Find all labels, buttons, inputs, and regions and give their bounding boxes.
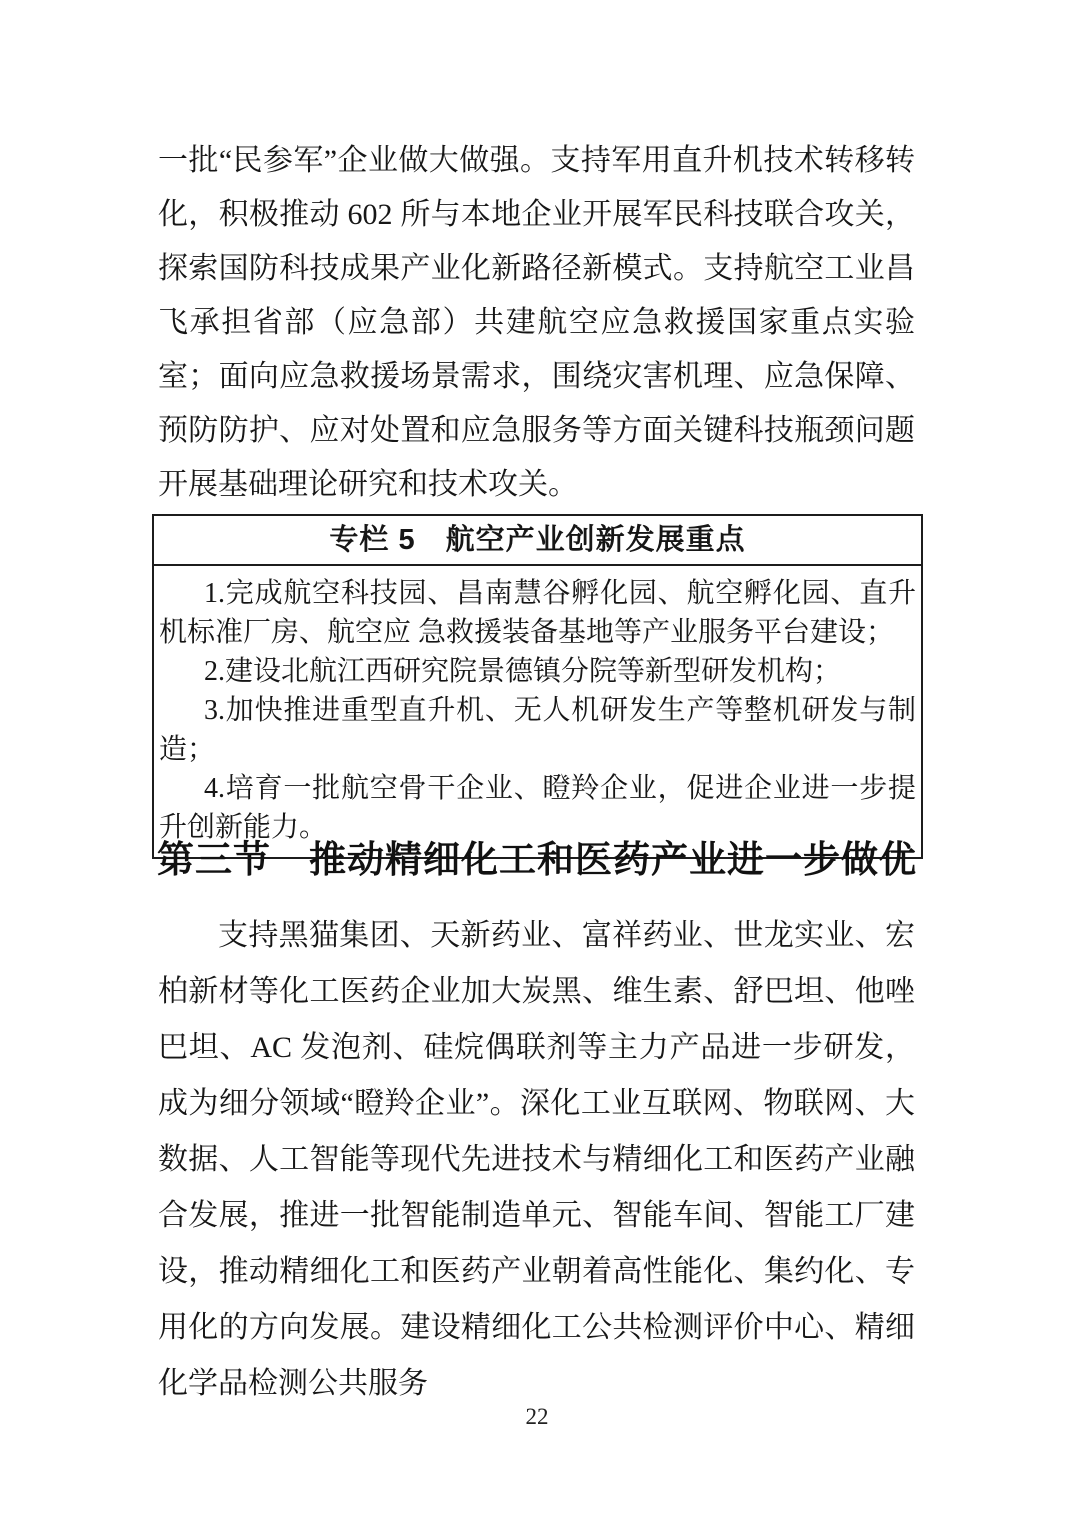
panel-body: 1.完成航空科技园、昌南慧谷孵化园、航空孵化园、直升机标准厂房、航空应 急救援装… <box>154 566 921 857</box>
page-number: 22 <box>0 1404 1074 1430</box>
panel-column-5: 专栏 5 航空产业创新发展重点 1.完成航空科技园、昌南慧谷孵化园、航空孵化园、… <box>152 514 923 859</box>
panel-item-1: 1.完成航空科技园、昌南慧谷孵化园、航空孵化园、直升机标准厂房、航空应 急救援装… <box>159 574 916 652</box>
paragraph-military-civil-integration: 一批“民参军”企业做大做强。支持军用直升机技术转移转化，积极推动 602 所与本… <box>158 134 915 512</box>
panel-title: 专栏 5 航空产业创新发展重点 <box>154 516 921 566</box>
document-page: 一批“民参军”企业做大做强。支持军用直升机技术转移转化，积极推动 602 所与本… <box>0 0 1074 1520</box>
paragraph-fine-chemical-pharma: 支持黑猫集团、天新药业、富祥药业、世龙实业、宏柏新材等化工医药企业加大炭黑、维生… <box>158 908 915 1412</box>
section-heading: 第三节 推动精细化工和医药产业进一步做优 <box>120 834 954 886</box>
panel-item-3: 3.加快推进重型直升机、无人机研发生产等整机研发与制造； <box>159 691 916 769</box>
panel-item-2: 2.建设北航江西研究院景德镇分院等新型研发机构； <box>159 652 916 691</box>
